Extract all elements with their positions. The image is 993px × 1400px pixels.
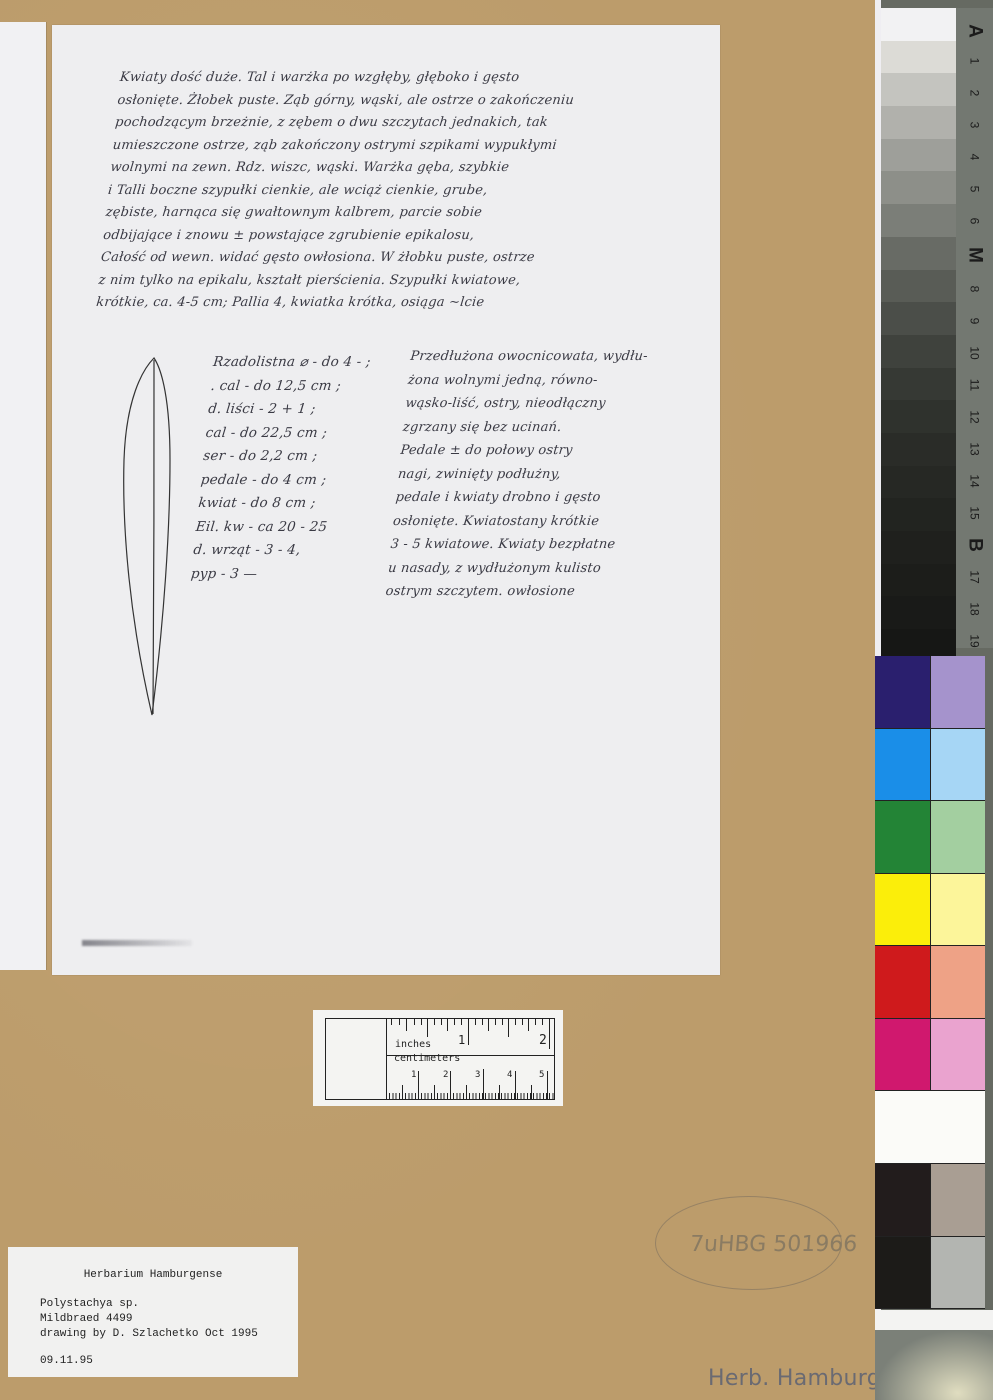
gray-patch xyxy=(881,596,956,629)
label-note: drawing by D. Szlachetko Oct 1995 xyxy=(40,1327,258,1342)
color-patch xyxy=(930,874,986,946)
color-patch xyxy=(930,1019,986,1091)
gray-patch xyxy=(881,237,956,270)
measurement-line: kwiat - do 8 cm ; xyxy=(197,492,357,516)
note-line: osłonięte. Żłobek puste. Ząb górny, wąsk… xyxy=(116,90,575,113)
inch-mark: 1 xyxy=(458,1033,465,1047)
cm-mark: 3 xyxy=(475,1070,480,1080)
label-date: 09.11.95 xyxy=(40,1355,93,1367)
note-line: Kwiaty dość duże. Tal i warżka po wzgłęb… xyxy=(119,67,578,90)
description-line: 3 - 5 kwiatowe. Kwiaty bezpłatne xyxy=(389,533,629,557)
barcode-number: HBG 501966 xyxy=(717,1232,858,1257)
inches-label: inches xyxy=(395,1039,431,1050)
measurement-line: Rzadolistna ⌀ - do 4 - ; xyxy=(212,351,372,375)
color-patch xyxy=(875,801,930,873)
gray-patch xyxy=(881,335,956,368)
description-line: pedale i kwiaty drobno i gęsto xyxy=(394,486,634,510)
gray-patch xyxy=(881,106,956,139)
color-patch-row xyxy=(875,729,985,802)
gray-patch xyxy=(881,302,956,335)
note-line: odbijające i znowu ± powstające zgrubien… xyxy=(102,225,561,248)
measurement-line: d. wrząt - 3 - 4, xyxy=(192,539,352,563)
barcode-prefix: 7u xyxy=(689,1232,719,1257)
color-patch xyxy=(930,946,986,1018)
gray-patch xyxy=(881,171,956,204)
gray-patch xyxy=(881,466,956,499)
description-line: Przedłużona owocnicowata, wydłu- xyxy=(409,345,649,369)
herbarium-label: Herbarium Hamburgense Polystachya sp. Mi… xyxy=(8,1247,298,1377)
color-patch-row xyxy=(875,874,985,947)
scale-ruler: inches 1 2 centimeters 1 2 3 4 5 xyxy=(313,1010,563,1106)
handwritten-paragraph: Kwiaty dość duże. Tal i warżka po wzgłęb… xyxy=(95,67,577,315)
color-patches xyxy=(875,656,985,1309)
measurement-line: d. liści - 2 + 1 ; xyxy=(207,398,367,422)
gray-patch xyxy=(881,204,956,237)
underlying-sheet xyxy=(0,22,47,970)
cm-mark: 2 xyxy=(443,1070,448,1080)
gray-patch xyxy=(881,73,956,106)
gray-patch xyxy=(881,564,956,597)
gray-patch xyxy=(881,531,956,564)
description-line: zgrzany się bez ucinań. xyxy=(402,416,642,440)
color-patch xyxy=(930,729,986,801)
ruler-inches-scale: inches 1 2 xyxy=(386,1019,554,1056)
ruler-centimeters-scale: centimeters 1 2 3 4 5 xyxy=(386,1056,554,1099)
measurement-line: cal - do 22,5 cm ; xyxy=(204,422,364,446)
color-patch xyxy=(930,801,986,873)
color-patch-row xyxy=(875,656,985,729)
description-notes: Przedłużona owocnicowata, wydłu- żona wo… xyxy=(384,345,649,604)
centimeters-label: centimeters xyxy=(394,1053,460,1064)
note-line: Całość od wewn. widać gęsto owłosiona. W… xyxy=(100,247,559,270)
color-patch xyxy=(930,656,986,728)
herbarium-stamp: Herb. Hamburg. xyxy=(708,1366,888,1391)
color-patch xyxy=(930,1164,986,1236)
gray-patch xyxy=(881,400,956,433)
gray-patch xyxy=(881,498,956,531)
gray-patch xyxy=(881,270,956,303)
color-patch xyxy=(875,1237,930,1309)
scale-mark: 19 xyxy=(968,623,982,660)
gray-patch xyxy=(881,368,956,401)
scale-mark: M xyxy=(964,237,986,274)
label-collector: Mildbraed 4499 xyxy=(40,1312,258,1327)
color-patch xyxy=(875,1019,930,1091)
note-line: krótkie, ca. 4-5 cm; Pallia 4, kwiatka k… xyxy=(95,292,554,315)
gray-patch xyxy=(881,8,956,41)
notes-sheet: Kwiaty dość duże. Tal i warżka po wzgłęb… xyxy=(52,25,720,975)
cm-mark: 5 xyxy=(539,1070,544,1080)
note-line: zębiste, harnąca się gwałtownym kalbrem,… xyxy=(104,202,563,225)
white-patch xyxy=(875,1091,985,1164)
label-taxon: Polystachya sp. xyxy=(40,1297,258,1312)
color-patch xyxy=(875,874,930,946)
description-line: wąsko-liść, ostry, nieodłączny xyxy=(404,392,644,416)
note-line: i Talli boczne szypułki cienkie, ale wci… xyxy=(107,180,566,203)
description-line: ostrym szczytem. owłosione xyxy=(384,580,624,604)
measurement-line: pyp - 3 — xyxy=(190,563,350,587)
description-line: u nasady, z wydłużonym kulisto xyxy=(387,557,627,581)
cm-mark: 1 xyxy=(411,1070,416,1080)
leaf-drawing-icon xyxy=(112,350,172,725)
grayscale-scale-labels: A 1 2 3 4 5 6 M 8 9 10 11 12 13 14 15 B … xyxy=(956,8,993,648)
ink-smudge xyxy=(82,940,192,946)
gray-patch xyxy=(881,433,956,466)
note-line: z nim tylko na epikalu, kształt pierście… xyxy=(97,270,556,293)
measurement-line: pedale - do 4 cm ; xyxy=(200,469,360,493)
color-patch xyxy=(875,656,930,728)
inch-mark: 2 xyxy=(539,1033,547,1048)
description-line: żona wolnymi jedną, równo- xyxy=(407,369,647,393)
measurements-list: Rzadolistna ⌀ - do 4 - ; . cal - do 12,5… xyxy=(190,351,372,586)
color-patch xyxy=(875,946,930,1018)
color-patch xyxy=(875,729,930,801)
cm-mark: 4 xyxy=(507,1070,512,1080)
description-line: osłonięte. Kwiatostany krótkie xyxy=(392,510,632,534)
color-patch xyxy=(930,1237,986,1309)
gray-patch xyxy=(881,41,956,74)
label-title: Herbarium Hamburgense xyxy=(8,1269,298,1281)
color-patch-row xyxy=(875,1019,985,1092)
color-patch-row xyxy=(875,946,985,1019)
scale-mark: 6 xyxy=(968,203,982,240)
barcode-annotation: 7uHBG 501966 xyxy=(689,1232,858,1257)
measurement-line: ser - do 2,2 cm ; xyxy=(202,445,362,469)
note-line: umieszczone ostrze, ząb zakończony ostry… xyxy=(112,135,571,158)
ruler-blank-area xyxy=(326,1019,387,1099)
color-patch-row xyxy=(875,1237,985,1310)
color-patch-row xyxy=(875,1164,985,1237)
color-patch xyxy=(875,1164,930,1236)
color-target-base xyxy=(875,1310,993,1330)
scan-glare xyxy=(875,1330,993,1400)
gray-patch xyxy=(881,139,956,172)
note-line: pochodzącym brzeżnie, z zębem o dwu szcz… xyxy=(114,112,573,135)
description-line: nagi, zwinięty podłużny, xyxy=(397,463,637,487)
note-line: wolnymi na zewn. Rdz. wiszc, wąski. Warż… xyxy=(109,157,568,180)
measurement-line: Eil. kw - ca 20 - 25 xyxy=(195,516,355,540)
description-line: Pedale ± do połowy ostry xyxy=(399,439,639,463)
measurement-line: . cal - do 12,5 cm ; xyxy=(209,375,369,399)
grayscale-patches xyxy=(881,8,956,662)
color-patch-row xyxy=(875,801,985,874)
